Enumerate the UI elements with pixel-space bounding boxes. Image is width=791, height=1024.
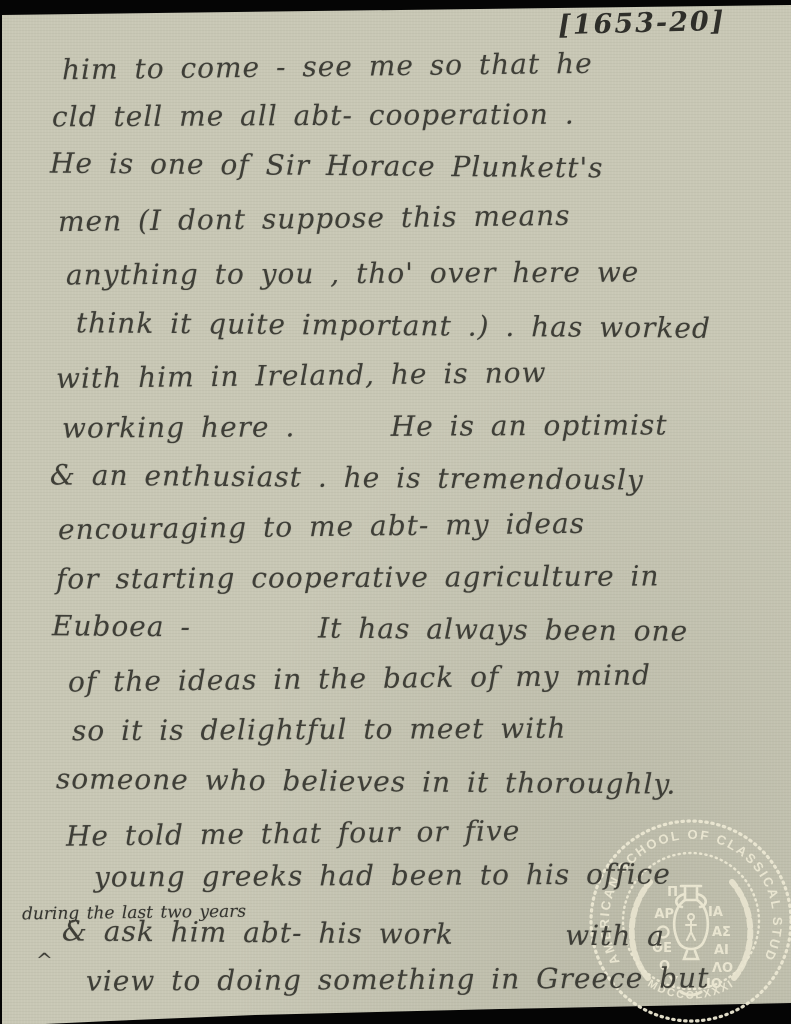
letter-line: He told me that four or five <box>66 814 521 853</box>
letter-line: someone who believes in it thoroughly. <box>56 762 677 800</box>
letter-line: encouraging to me abt- my ideas <box>58 507 585 546</box>
insertion-caret: ^ <box>36 948 54 972</box>
letter-line: think it quite important .) . has worked <box>76 306 711 345</box>
letter-line: Euboea - It has always been one <box>52 609 688 648</box>
letter-line: & ask him abt- his work with a <box>62 914 665 952</box>
letter-line: cld tell me all abt- cooperation . <box>52 98 575 134</box>
amphora-icon <box>674 886 708 959</box>
letter-line: so it is delightful to meet with <box>72 712 567 748</box>
letter-line: He is one of Sir Horace Plunkett's <box>50 147 604 185</box>
svg-text:ΙΑ: ΙΑ <box>708 905 723 920</box>
letter-line: view to doing something in Greece but <box>86 961 710 997</box>
svg-text:ΛΟ: ΛΟ <box>712 961 733 976</box>
letter-scan: [1653-20] him to come - see me so that h… <box>0 0 791 1024</box>
svg-text:ΑΣ: ΑΣ <box>712 925 731 940</box>
letter-line: anything to you , tho' over here we <box>66 255 640 291</box>
letter-line: working here . He is an optimist <box>62 408 668 444</box>
letter-line: men (I dont suppose this means <box>58 199 571 238</box>
catalog-number: [1653-20] <box>558 6 726 41</box>
letter-line: young greeks had been to his office <box>94 857 671 893</box>
svg-text:ΑΙ: ΑΙ <box>714 943 729 958</box>
letter-line: with him in Ireland, he is now <box>56 356 547 395</box>
letter-line: & an enthusiast . he is tremendously <box>50 458 644 496</box>
letter-line: him to come - see me so that he <box>62 47 593 86</box>
letter-line: for starting cooperative agriculture in <box>56 559 660 595</box>
